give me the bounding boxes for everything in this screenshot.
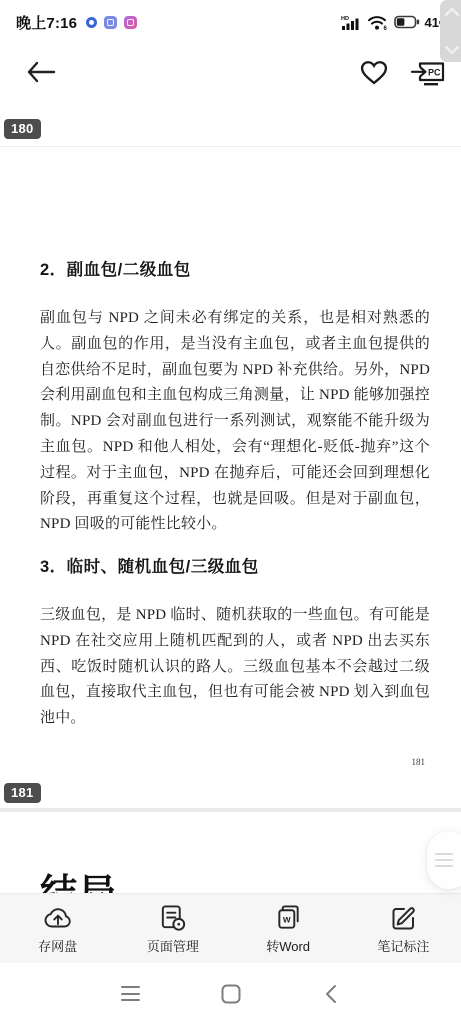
recording-dot-icon — [86, 17, 97, 28]
section-body: 副血包与 NPD 之间未必有绑定的关系，也是相对熟悉的人。副血包的作用，是当没有… — [40, 306, 430, 538]
page-scroll-control[interactable] — [440, 0, 461, 62]
back-chevron-icon — [325, 984, 337, 1004]
cloud-upload-icon — [42, 905, 74, 932]
page-separator — [0, 808, 461, 812]
floating-menu-handle[interactable] — [427, 831, 461, 889]
app-notification-icon — [104, 16, 117, 29]
reader-navbar: PC — [0, 48, 461, 98]
menu-lines-icon — [121, 986, 140, 1001]
section-heading: 3．临时、随机血包/三级血包 — [40, 553, 259, 577]
phone-screen: 晚上7:16 HD 6 — [0, 0, 461, 1024]
app-notification-icon-2 — [124, 16, 137, 29]
favorite-heart-button[interactable] — [360, 60, 388, 86]
notification-icons — [86, 16, 137, 29]
svg-text:w: w — [282, 914, 291, 925]
word-convert-icon: w — [274, 904, 303, 932]
handle-line — [435, 853, 453, 855]
chevron-up-icon[interactable] — [444, 7, 460, 17]
convert-to-word-button[interactable]: w 转Word — [231, 902, 346, 955]
status-bar: 晚上7:16 HD 6 — [0, 0, 461, 40]
handle-line — [435, 865, 453, 867]
svg-text:6: 6 — [383, 26, 387, 31]
save-to-cloud-button[interactable]: 存网盘 — [0, 903, 115, 955]
system-navbar — [0, 963, 461, 1024]
toolbar-label: 笔记标注 — [377, 936, 429, 955]
svg-text:PC: PC — [428, 68, 441, 78]
home-square-icon — [221, 984, 241, 1004]
document-page-number: 181 — [412, 757, 426, 767]
note-annotate-button[interactable]: 笔记标注 — [346, 902, 461, 955]
battery-icon — [394, 14, 420, 30]
send-to-pc-button[interactable]: PC — [410, 58, 446, 88]
clock: 晚上7:16 — [16, 12, 77, 33]
handle-line — [435, 859, 453, 861]
recents-button[interactable] — [81, 986, 181, 1001]
toolbar-label: 转Word — [266, 936, 310, 955]
note-annotate-icon — [389, 904, 417, 932]
page-manage-icon — [158, 904, 187, 932]
toolbar-label: 页面管理 — [147, 936, 199, 955]
home-button[interactable] — [181, 984, 281, 1004]
toolbar-label: 存网盘 — [38, 936, 77, 955]
page-number-badge: 180 — [4, 119, 41, 139]
chevron-down-icon[interactable] — [444, 45, 460, 55]
section-heading: 2．副血包/二级血包 — [40, 256, 191, 280]
page-boundary-line — [0, 146, 461, 147]
page-manage-button[interactable]: 页面管理 — [115, 902, 230, 955]
page-number-badge: 181 — [4, 783, 41, 803]
back-nav-button[interactable] — [281, 984, 381, 1004]
svg-text:HD: HD — [341, 16, 349, 22]
cell-signal-icon: HD — [341, 14, 362, 31]
back-button[interactable] — [26, 60, 56, 84]
wifi-icon: 6 — [367, 14, 389, 31]
bottom-toolbar: 存网盘 页面管理 w 转Word 笔记标注 — [0, 893, 461, 963]
section-body: 三级血包，是 NPD 临时、随机获取的一些血包。有可能是 NPD 在社交应用上随… — [40, 603, 430, 732]
